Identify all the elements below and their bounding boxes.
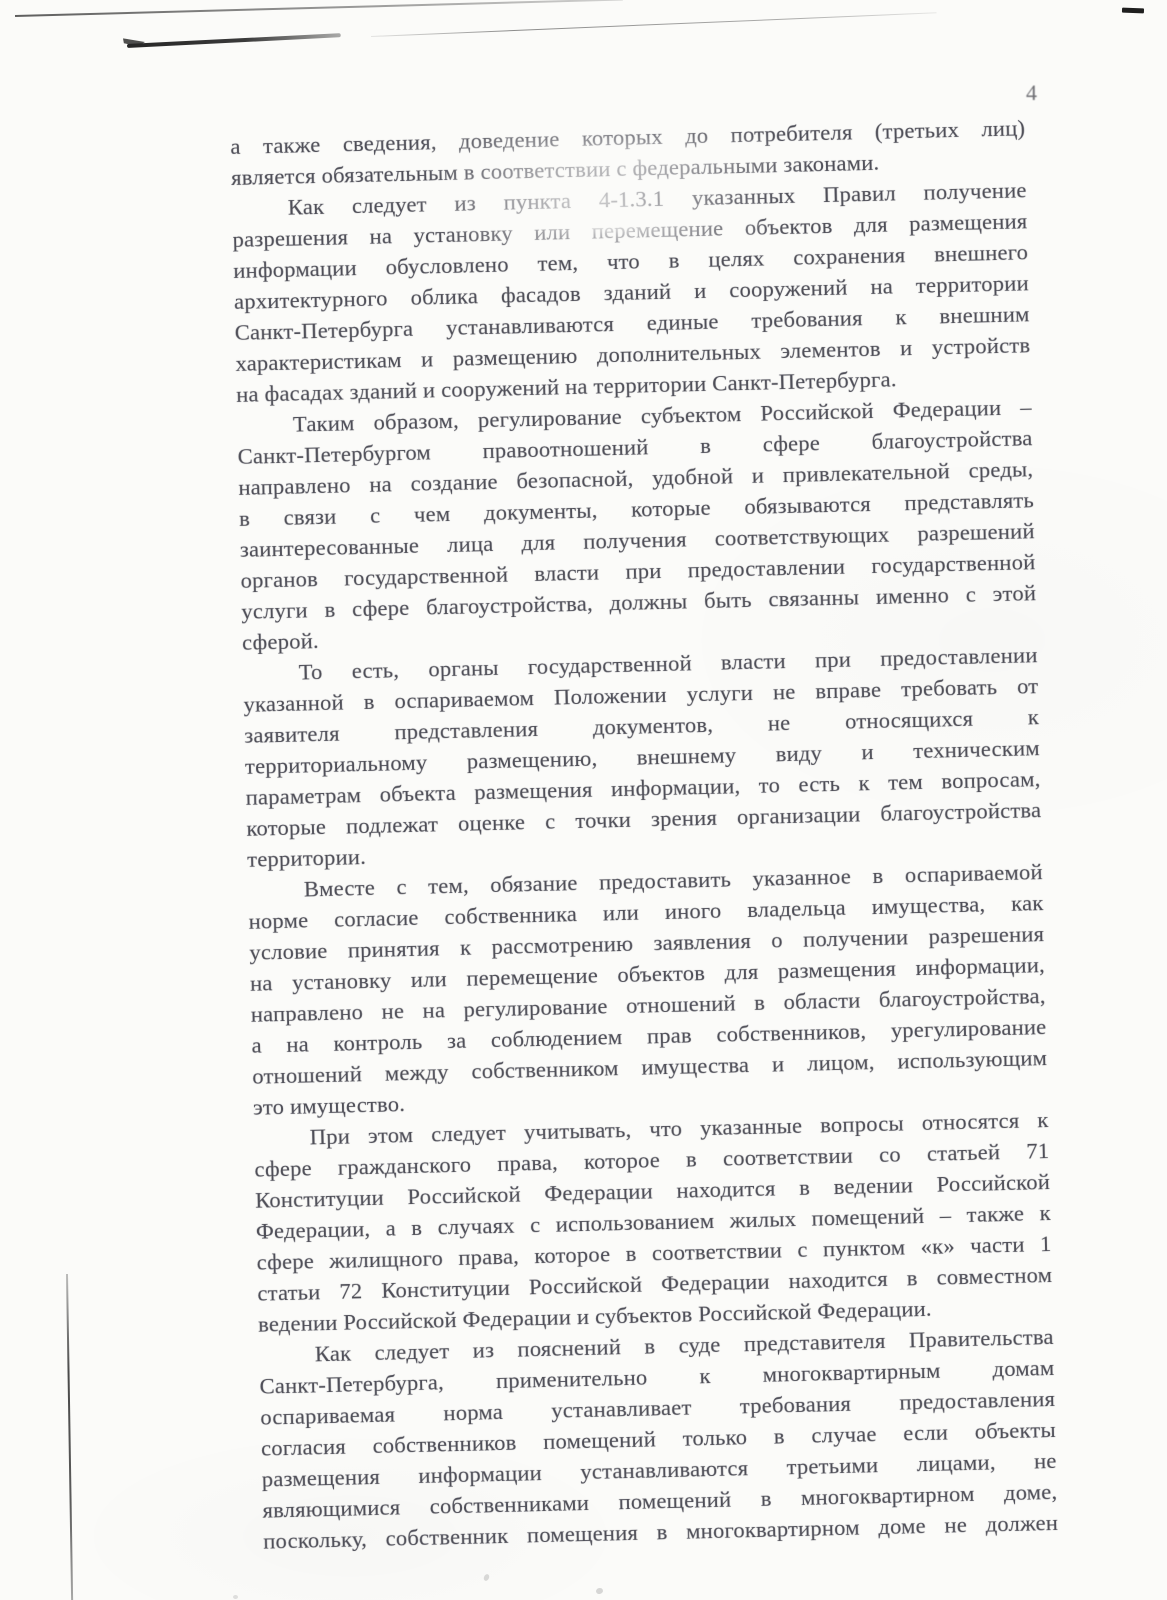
document-text: а также сведения, доведение которых до п… — [230, 112, 1058, 1556]
scanned-document-page: 4 а также сведения, доведение которых до… — [0, 0, 1167, 1600]
scan-artifact-left-edge-crease — [66, 1274, 73, 1600]
paragraph: При этом следует учитывать, что указанны… — [253, 1104, 1053, 1340]
scan-artifact-speck — [233, 1595, 238, 1599]
scan-artifact-corner-dash — [1122, 8, 1144, 13]
paragraph: Как следует из пункта 4-1.3.1 указанных … — [231, 174, 1031, 410]
scan-artifact-fold-line-right — [371, 12, 937, 37]
scan-artifact-fold-line-top — [15, 0, 623, 17]
paragraph: Вместе с тем, обязание предоставить указ… — [248, 856, 1049, 1123]
page-number: 4 — [1026, 80, 1037, 106]
scan-artifact-speck — [595, 1587, 603, 1595]
paragraph: Таким образом, регулирование субъектом Р… — [237, 391, 1038, 658]
scan-artifact-ink-streak — [127, 33, 341, 48]
paragraph: То есть, органы государственной власти п… — [242, 639, 1042, 875]
scan-artifact-speck — [483, 1573, 490, 1581]
paragraph: Как следует из пояснений в суде представ… — [258, 1321, 1058, 1557]
